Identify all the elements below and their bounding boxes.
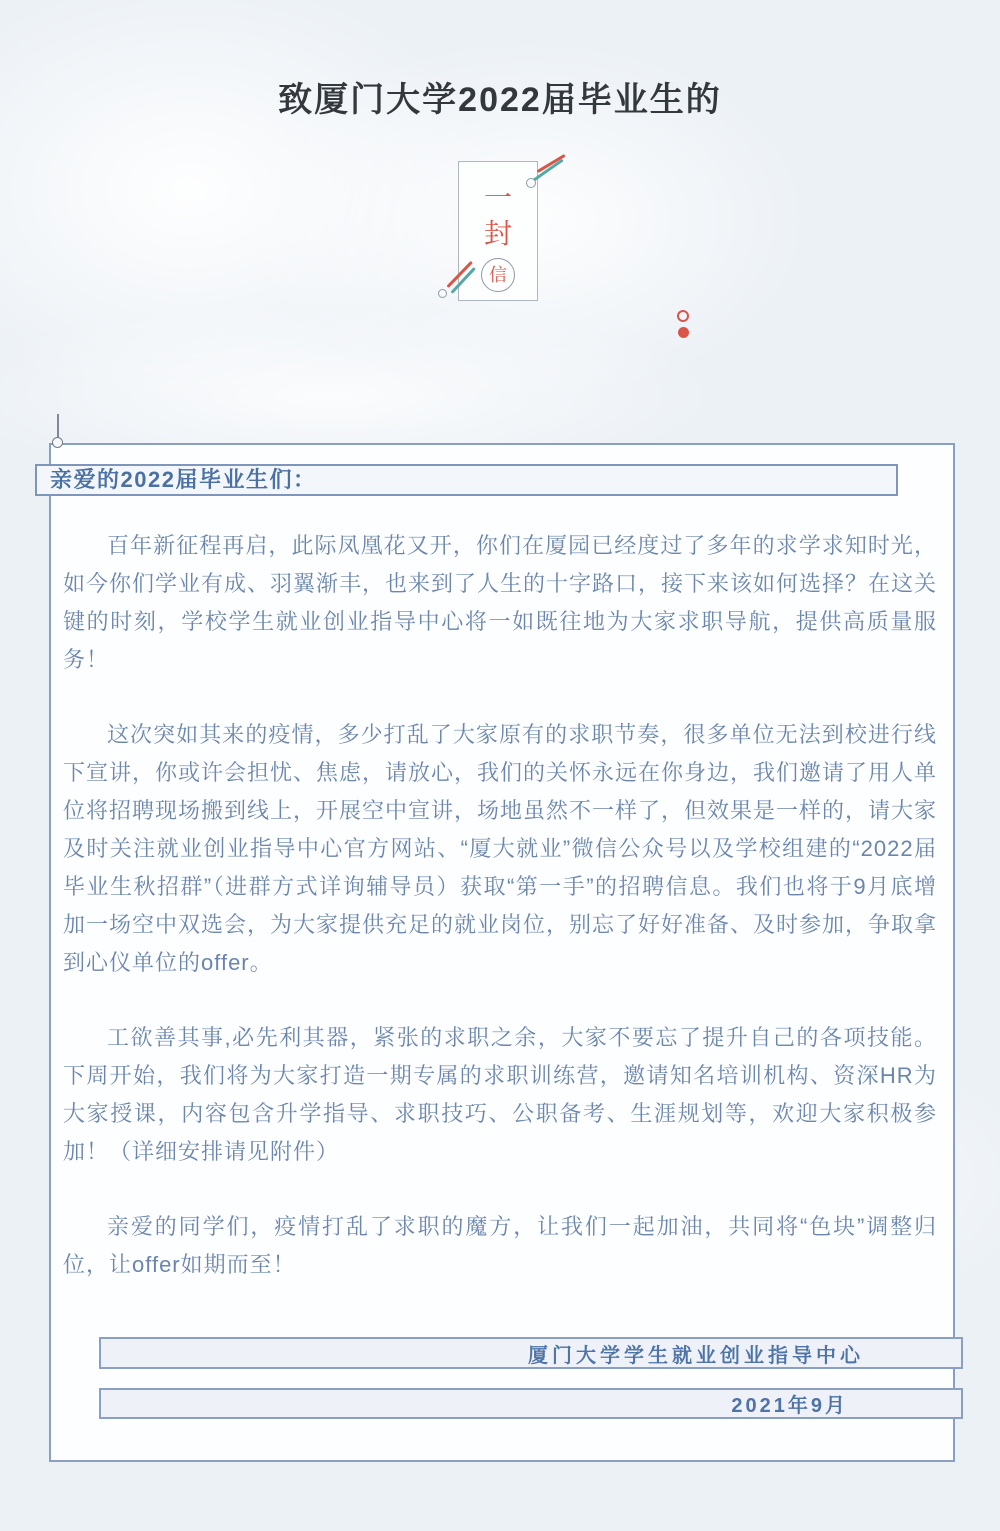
pin-line [57,414,59,438]
decor-dot-outline [677,310,689,322]
decor-ring-bottomleft [438,289,447,298]
stamp-seal-circle: 信 [481,258,515,292]
decor-ring-topright [526,178,536,188]
stamp-char-top: 一 [484,180,512,216]
letter-body: 百年新征程再启，此际凤凰花又开，你们在厦园已经度过了多年的求学求知时光，如今你们… [63,527,937,1321]
date-box: 2021年9月 [99,1388,963,1419]
letter-paragraph: 亲爱的同学们，疫情打乱了求职的魔方，让我们一起加油，共同将“色块”调整归位，让o… [63,1208,937,1284]
letter-paragraph: 百年新征程再启，此际凤凰花又开，你们在厦园已经度过了多年的求学求知时光，如今你们… [63,527,937,679]
signature-text: 厦门大学学生就业创业指导中心 [528,1339,864,1368]
letter-paragraph: 工欲善其事,必先利其器，紧张的求职之余，大家不要忘了提升自己的各项技能。下周开始… [63,1019,937,1171]
stamp-char-middle: 封 [484,216,512,252]
page-title: 致厦门大学2022届毕业生的 [0,72,1000,121]
stamp-char-circled: 信 [489,266,507,284]
page-background: 致厦门大学2022届毕业生的 一 封 信 亲爱的2022届毕业生们： 百年新征程… [0,0,1000,1531]
letter-paragraph: 这次突如其来的疫情，多少打乱了大家原有的求职节奏，很多单位无法到校进行线下宣讲，… [63,716,937,982]
decor-line-red-topright [537,154,566,173]
greeting-text: 亲爱的2022届毕业生们： [50,467,316,492]
greeting-bar: 亲爱的2022届毕业生们： [35,464,898,496]
decor-dot-filled [678,327,689,338]
date-text: 2021年9月 [731,1389,848,1418]
pin-circle [52,437,63,448]
signature-box: 厦门大学学生就业创业指导中心 [99,1337,963,1369]
